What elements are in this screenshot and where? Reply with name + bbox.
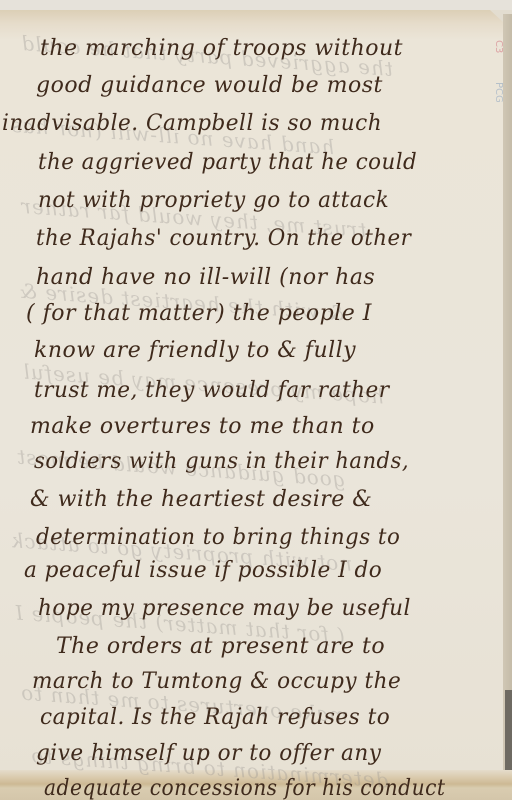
handwritten-line: trust me, they would far rather	[34, 378, 390, 403]
handwritten-line: hope my presence may be useful	[38, 596, 411, 621]
handwritten-line: adequate concessions for his conduct	[44, 776, 445, 800]
handwritten-line: capital. Is the Rajah refuses to	[40, 705, 390, 730]
page-right-edge	[503, 14, 512, 770]
handwritten-line: not with propriety go to attack	[38, 188, 389, 213]
handwritten-line: ( for that matter) the people I	[26, 301, 372, 326]
handwritten-line: give himself up or to offer any	[36, 741, 381, 766]
handwritten-line: march to Tumtong & occupy the	[32, 669, 401, 694]
handwritten-text: the marching of troops withoutgood guida…	[0, 0, 503, 800]
handwritten-line: the aggrieved party that he could	[38, 150, 417, 175]
handwritten-line: good guidance would be most	[36, 73, 383, 98]
handwritten-line: The orders at present are to	[56, 634, 385, 659]
handwritten-line: hand have no ill-will (nor has	[36, 265, 375, 290]
handwritten-line: inadvisable. Campbell is so much	[2, 111, 382, 136]
scanner-background	[505, 690, 512, 770]
handwritten-line: & with the heartiest desire &	[30, 487, 372, 512]
handwritten-line: the Rajahs' country. On the other	[36, 226, 411, 251]
handwritten-line: know are friendly to & fully	[34, 338, 356, 363]
handwritten-line: determination to bring things to	[36, 525, 400, 550]
handwritten-line: a peaceful issue if possible I do	[24, 558, 382, 583]
handwritten-line: make overtures to me than to	[30, 414, 375, 439]
handwritten-line: soldiers with guns in their hands,	[34, 449, 409, 474]
handwritten-line: the marching of troops without	[40, 36, 403, 61]
